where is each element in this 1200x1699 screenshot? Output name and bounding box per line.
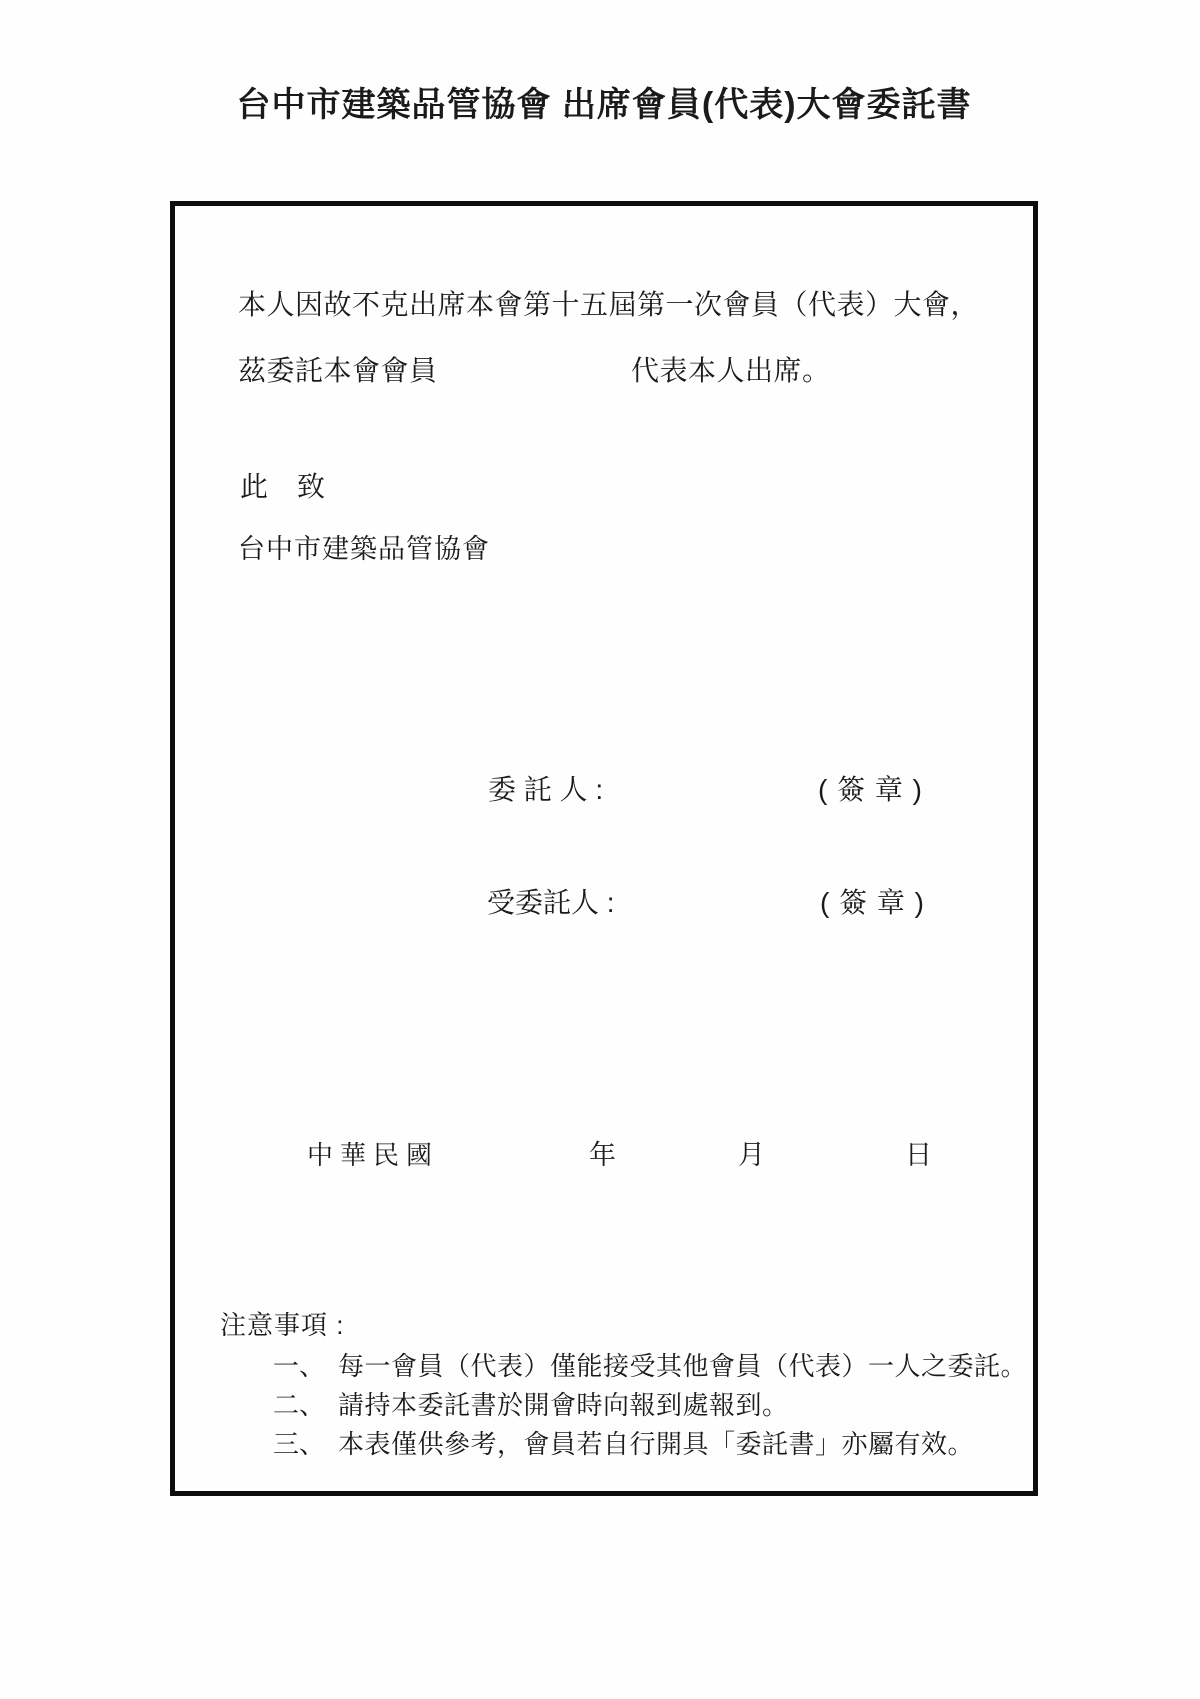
note-2-number: 二、	[273, 1392, 325, 1418]
note-3-text: 本表僅供參考，會員若自行開具「委託書」亦屬有效。	[338, 1431, 974, 1457]
addressee-name: 台中市建築品管協會	[238, 536, 490, 563]
body-line-2-prefix: 茲委託本會會員	[238, 357, 438, 385]
member-name-blank-field[interactable]	[443, 349, 625, 387]
note-1-text: 每一會員（代表）僅能接受其他會員（代表）一人之委託。	[338, 1353, 1027, 1379]
form-border-box: 本人因故不克出席本會第十五屆第一次會員（代表）大會， 茲委託本會會員 代表本人出…	[170, 201, 1038, 1496]
proxy-signature-blank-field[interactable]	[625, 877, 810, 919]
date-day-label: 日	[905, 1142, 932, 1169]
body-line-1: 本人因故不克出席本會第十五屆第一次會員（代表）大會，	[238, 291, 979, 319]
date-year-label: 年	[589, 1142, 616, 1169]
note-2-text: 請持本委託書於開會時向報到處報到。	[338, 1392, 789, 1418]
document-title: 台中市建築品管協會 出席會員(代表)大會委託書	[0, 88, 1200, 122]
note-3-number: 三、	[273, 1431, 325, 1457]
date-month-label: 月	[738, 1142, 765, 1169]
date-day-blank-field[interactable]	[780, 1132, 890, 1172]
document-page: 台中市建築品管協會 出席會員(代表)大會委託書 本人因故不克出席本會第十五屆第一…	[0, 0, 1200, 1699]
principal-label: 委 託 人 :	[488, 776, 603, 804]
principal-seal-hint: ( 簽 章 )	[818, 776, 923, 804]
proxy-label: 受委託人 :	[487, 889, 615, 917]
salutation: 此 致	[240, 473, 326, 501]
body-line-2-suffix: 代表本人出席。	[631, 357, 831, 385]
date-era-label: 中華民國	[307, 1142, 439, 1168]
principal-signature-blank-field[interactable]	[618, 764, 808, 806]
date-month-blank-field[interactable]	[630, 1132, 725, 1172]
date-year-blank-field[interactable]	[453, 1132, 578, 1172]
note-1-number: 一、	[273, 1353, 325, 1379]
proxy-seal-hint: ( 簽 章 )	[820, 889, 925, 917]
notes-heading: 注意事項 :	[220, 1312, 344, 1338]
